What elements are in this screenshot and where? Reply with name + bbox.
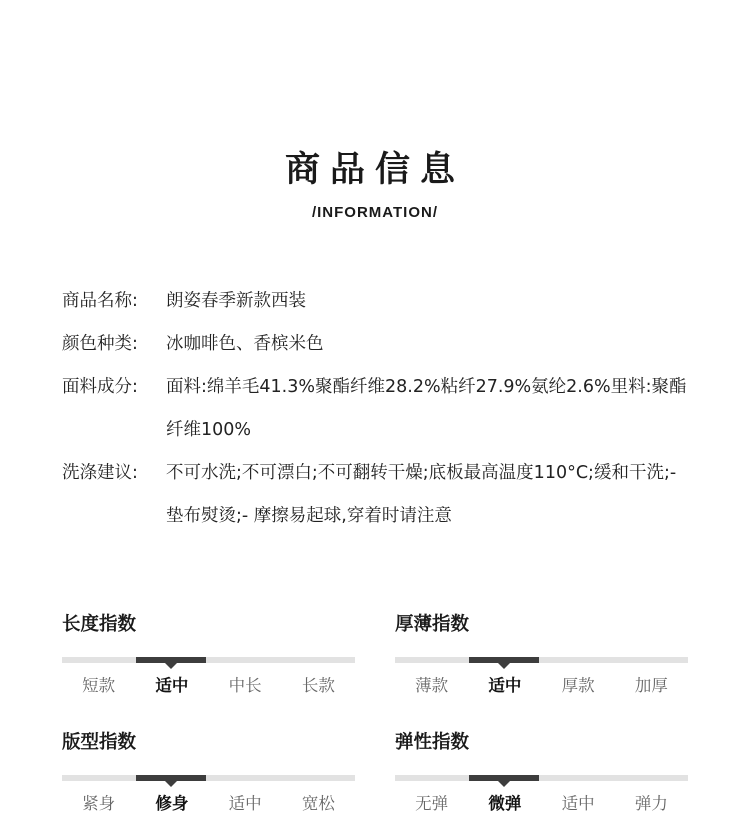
index-option-selected: 适中 (468, 675, 541, 697)
index-option: 紧身 (62, 793, 135, 815)
index-option: 短款 (62, 675, 135, 697)
info-row-care: 洗涤建议: 不可水洗;不可漂白;不可翻转干燥;底板最高温度110°C;缓和干洗;… (62, 452, 712, 538)
info-row-colors: 颜色种类: 冰咖啡色、香槟米色 (62, 323, 712, 366)
index-title: 版型指数 (62, 731, 355, 755)
info-label: 颜色种类: (62, 323, 166, 366)
pointer-triangle-icon (165, 663, 177, 669)
index-options: 紧身 修身 适中 宽松 (62, 793, 355, 815)
elasticity-index: 弹性指数 无弹 微弹 适中 弹力 (395, 731, 688, 815)
thickness-index: 厚薄指数 薄款 适中 厚款 加厚 (395, 613, 688, 697)
info-value: 冰咖啡色、香槟米色 (166, 323, 691, 366)
pointer-triangle-icon (165, 781, 177, 787)
pointer-triangle-icon (498, 781, 510, 787)
index-options: 无弹 微弹 适中 弹力 (395, 793, 688, 815)
info-value: 朗姿春季新款西装 (166, 280, 691, 323)
index-title: 长度指数 (62, 613, 355, 637)
index-option: 加厚 (615, 675, 688, 697)
index-option: 薄款 (395, 675, 468, 697)
index-option: 厚款 (542, 675, 615, 697)
product-info-list: 商品名称: 朗姿春季新款西装 颜色种类: 冰咖啡色、香槟米色 面料成分: 面料:… (62, 280, 712, 538)
index-title: 厚薄指数 (395, 613, 688, 637)
index-option-selected: 微弹 (468, 793, 541, 815)
index-options: 短款 适中 中长 长款 (62, 675, 355, 697)
fit-index: 版型指数 紧身 修身 适中 宽松 (62, 731, 355, 815)
index-option: 长款 (282, 675, 355, 697)
index-title: 弹性指数 (395, 731, 688, 755)
index-option: 宽松 (282, 793, 355, 815)
info-label: 洗涤建议: (62, 452, 166, 538)
info-value: 面料:绵羊毛41.3%聚酯纤维28.2%粘纤27.9%氨纶2.6%里料:聚酯纤维… (166, 366, 691, 452)
index-option: 适中 (209, 793, 282, 815)
info-label: 商品名称: (62, 280, 166, 323)
info-row-product-name: 商品名称: 朗姿春季新款西装 (62, 280, 712, 323)
index-option-selected: 修身 (135, 793, 208, 815)
index-track (62, 775, 355, 781)
section-subtitle: /INFORMATION/ (0, 203, 750, 223)
length-index: 长度指数 短款 适中 中长 长款 (62, 613, 355, 697)
index-track (395, 657, 688, 663)
index-options: 薄款 适中 厚款 加厚 (395, 675, 688, 697)
pointer-triangle-icon (498, 663, 510, 669)
section-title: 商品信息 (0, 148, 750, 192)
index-option: 适中 (542, 793, 615, 815)
index-option: 中长 (209, 675, 282, 697)
index-track (395, 775, 688, 781)
info-row-fabric: 面料成分: 面料:绵羊毛41.3%聚酯纤维28.2%粘纤27.9%氨纶2.6%里… (62, 366, 712, 452)
index-option: 弹力 (615, 793, 688, 815)
info-label: 面料成分: (62, 366, 166, 452)
index-option-selected: 适中 (135, 675, 208, 697)
info-value: 不可水洗;不可漂白;不可翻转干燥;底板最高温度110°C;缓和干洗;- 垫布熨烫… (166, 452, 691, 538)
index-option: 无弹 (395, 793, 468, 815)
index-track (62, 657, 355, 663)
